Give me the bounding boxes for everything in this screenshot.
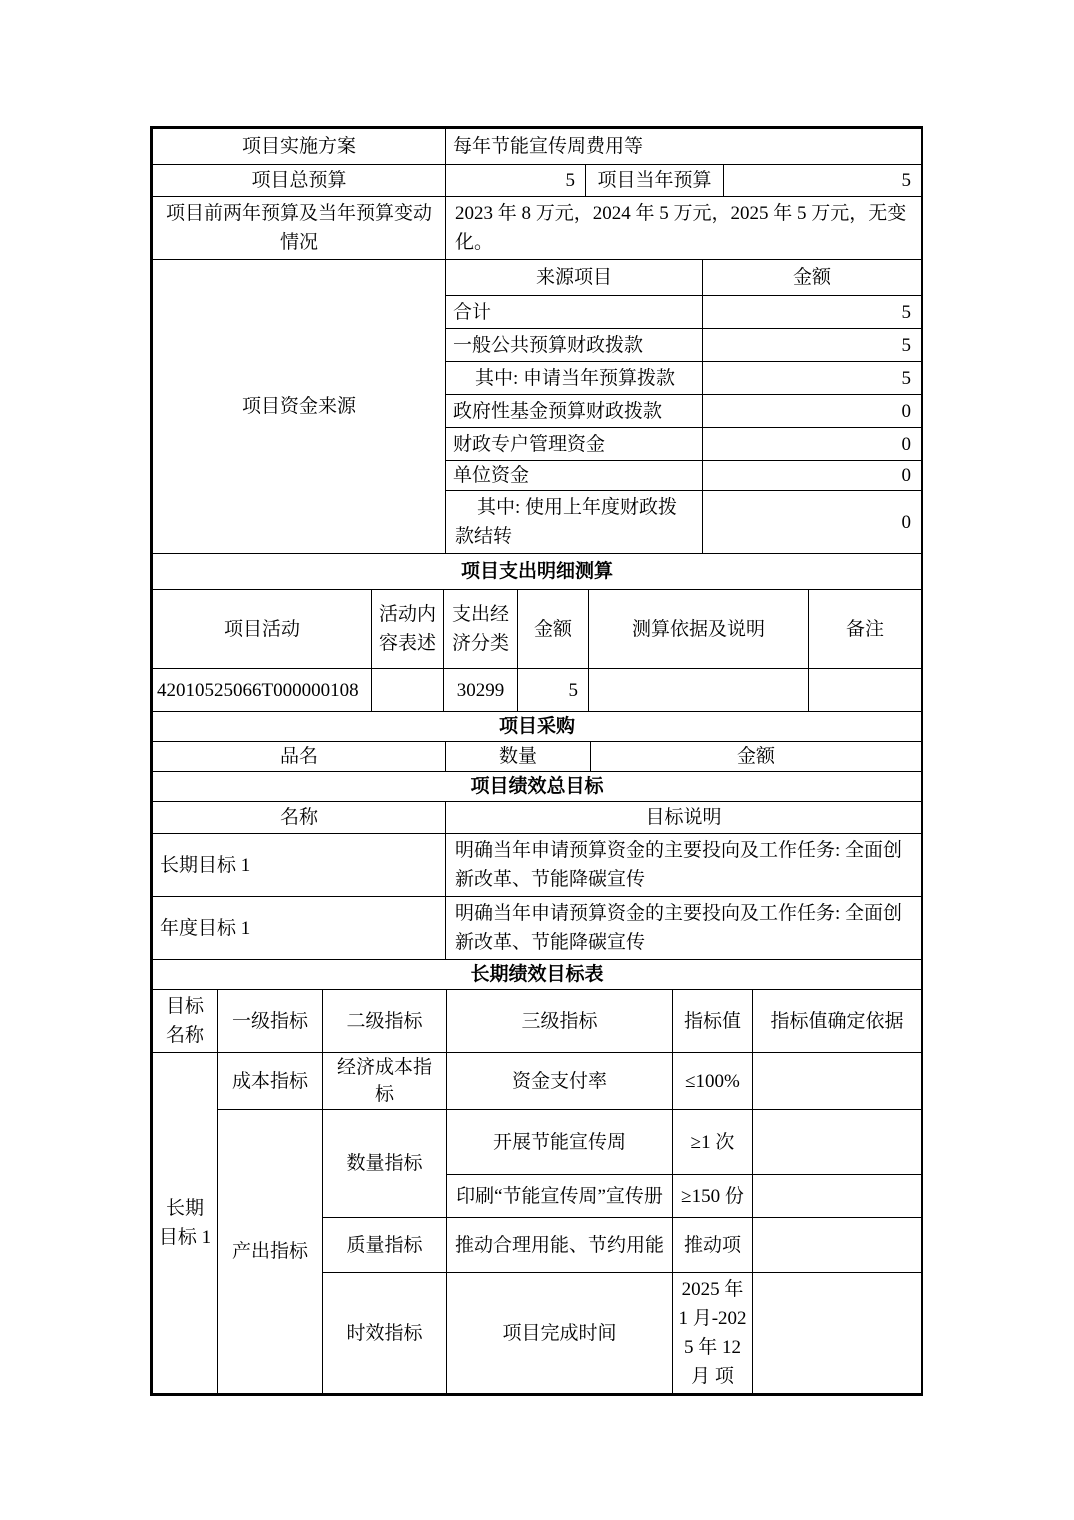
expense-header-basis: 测算依据及说明 — [589, 590, 809, 669]
overview-section: 项目实施方案 每年节能宣传周费用等 项目总预算 5 项目当年预算 5 项目前两年… — [152, 128, 922, 260]
table-row: 年度目标 1 明确当年申请预算资金的主要投向及工作任务: 全面创新改革、节能降碳… — [153, 897, 922, 960]
longterm-header-l3: 三级指标 — [447, 990, 673, 1053]
table-row: 项目资金来源 来源项目 金额 — [153, 260, 922, 296]
funding-row-label: 合计 — [446, 296, 703, 329]
plan-value: 每年节能宣传周费用等 — [446, 129, 922, 165]
performance-header-description: 目标说明 — [446, 802, 922, 834]
expense-note-value — [809, 669, 922, 712]
performance-goal-name: 长期目标 1 — [153, 834, 446, 897]
quality-basis — [753, 1218, 922, 1273]
total-budget-label: 项目总预算 — [153, 165, 446, 197]
cost-l2: 经济成本指标 — [323, 1053, 447, 1110]
funding-section: 项目资金来源 来源项目 金额 合计 5 一般公共预算财政拨款 5 其中: 申请当… — [152, 259, 922, 554]
funding-row-label: 一般公共预算财政拨款 — [446, 329, 703, 362]
procurement-header-item: 品名 — [153, 742, 446, 772]
longterm-goal-name: 长期目标 1 — [153, 1053, 218, 1394]
cost-basis — [753, 1053, 922, 1110]
table-row: 长期绩效目标表 — [153, 960, 922, 990]
funding-row-amount: 5 — [703, 362, 922, 395]
expense-header-activity: 项目活动 — [153, 590, 372, 669]
quantity-item2-value: ≥150 份 — [673, 1175, 753, 1218]
quantity-l2: 数量指标 — [323, 1110, 447, 1218]
funding-row-label: 财政专户管理资金 — [446, 428, 703, 461]
output-l1: 产出指标 — [218, 1110, 323, 1394]
funding-row-amount: 5 — [703, 329, 922, 362]
longterm-header-basis: 指标值确定依据 — [753, 990, 922, 1053]
funding-row-label: 单位资金 — [446, 461, 703, 491]
expense-header-category: 支出经济分类 — [444, 590, 518, 669]
table-row: 长期目标 1 成本指标 经济成本指标 资金支付率 ≤100% — [153, 1053, 922, 1110]
expense-content-value — [372, 669, 444, 712]
cost-l3: 资金支付率 — [447, 1053, 673, 1110]
funding-row-label: 政府性基金预算财政拨款 — [446, 395, 703, 428]
table-row: 项目前两年预算及当年预算变动情况 2023 年 8 万元，2024 年 5 万元… — [153, 197, 922, 260]
expense-section-title: 项目支出明细测算 — [153, 554, 922, 590]
funding-row-amount: 0 — [703, 428, 922, 461]
funding-source-header: 来源项目 — [446, 260, 703, 296]
quality-value: 推动项 — [673, 1218, 753, 1273]
table-row: 项目采购 — [153, 712, 922, 742]
performance-goal-description: 明确当年申请预算资金的主要投向及工作任务: 全面创新改革、节能降碳宣传 — [446, 834, 922, 897]
performance-goal-description: 明确当年申请预算资金的主要投向及工作任务: 全面创新改革、节能降碳宣传 — [446, 897, 922, 960]
performance-section-title: 项目绩效总目标 — [153, 772, 922, 802]
table-row: 项目支出明细测算 — [153, 554, 922, 590]
time-basis — [753, 1273, 922, 1394]
quality-l2: 质量指标 — [323, 1218, 447, 1273]
funding-row-amount: 5 — [703, 296, 922, 329]
table-row: 项目活动 活动内容表述 支出经济分类 金额 测算依据及说明 备注 — [153, 590, 922, 669]
quantity-item1-basis — [753, 1110, 922, 1175]
expense-category-value: 30299 — [444, 669, 518, 712]
table-row: 42010525066T000000108 30299 5 — [153, 669, 922, 712]
procurement-section: 项目采购 品名 数量 金额 — [152, 711, 922, 772]
table-row: 名称 目标说明 — [153, 802, 922, 834]
longterm-header-l2: 二级指标 — [323, 990, 447, 1053]
procurement-section-title: 项目采购 — [153, 712, 922, 742]
table-row: 项目总预算 5 项目当年预算 5 — [153, 165, 922, 197]
expense-amount-value: 5 — [518, 669, 589, 712]
funding-row-label: 其中: 申请当年预算拨款 — [446, 362, 703, 395]
total-budget-value: 5 — [446, 165, 586, 197]
longterm-header-l1: 一级指标 — [218, 990, 323, 1053]
performance-section: 项目绩效总目标 名称 目标说明 长期目标 1 明确当年申请预算资金的主要投向及工… — [152, 771, 922, 960]
table-row: 项目绩效总目标 — [153, 772, 922, 802]
expense-basis-value — [589, 669, 809, 712]
history-label: 项目前两年预算及当年预算变动情况 — [153, 197, 446, 260]
longterm-section: 长期绩效目标表 目标名称 一级指标 二级指标 三级指标 指标值 指标值确定依据 … — [152, 959, 922, 1394]
cost-value: ≤100% — [673, 1053, 753, 1110]
expense-header-note: 备注 — [809, 590, 922, 669]
performance-goal-name: 年度目标 1 — [153, 897, 446, 960]
quantity-item2-basis — [753, 1175, 922, 1218]
project-budget-table: 项目实施方案 每年节能宣传周费用等 项目总预算 5 项目当年预算 5 项目前两年… — [150, 126, 923, 1396]
table-row: 目标名称 一级指标 二级指标 三级指标 指标值 指标值确定依据 — [153, 990, 922, 1053]
time-value: 2025 年 1 月-2025 年 12 月 项 — [673, 1273, 753, 1394]
cost-l1: 成本指标 — [218, 1053, 323, 1110]
longterm-header-value: 指标值 — [673, 990, 753, 1053]
funding-row-amount: 0 — [703, 395, 922, 428]
table-row: 长期目标 1 明确当年申请预算资金的主要投向及工作任务: 全面创新改革、节能降碳… — [153, 834, 922, 897]
quality-l3: 推动合理用能、节约用能 — [447, 1218, 673, 1273]
funding-row-label: 其中: 使用上年度财政拨款结转 — [446, 491, 703, 554]
performance-header-name: 名称 — [153, 802, 446, 834]
year-budget-value: 5 — [724, 165, 922, 197]
table-row: 项目实施方案 每年节能宣传周费用等 — [153, 129, 922, 165]
expense-header-content: 活动内容表述 — [372, 590, 444, 669]
procurement-header-amount: 金额 — [591, 742, 922, 772]
procurement-header-quantity: 数量 — [446, 742, 591, 772]
expense-activity-code: 42010525066T000000108 — [153, 669, 372, 712]
year-budget-label: 项目当年预算 — [586, 165, 724, 197]
table-row: 品名 数量 金额 — [153, 742, 922, 772]
expense-section: 项目支出明细测算 项目活动 活动内容表述 支出经济分类 金额 测算依据及说明 备… — [152, 553, 922, 712]
time-l3: 项目完成时间 — [447, 1273, 673, 1394]
longterm-section-title: 长期绩效目标表 — [153, 960, 922, 990]
longterm-header-goal: 目标名称 — [153, 990, 218, 1053]
time-l2: 时效指标 — [323, 1273, 447, 1394]
quantity-item2-l3: 印刷“节能宣传周”宣传册 — [447, 1175, 673, 1218]
plan-label: 项目实施方案 — [153, 129, 446, 165]
history-value: 2023 年 8 万元，2024 年 5 万元，2025 年 5 万元，无变化。 — [446, 197, 922, 260]
quantity-item1-l3: 开展节能宣传周 — [447, 1110, 673, 1175]
funding-row-amount: 0 — [703, 491, 922, 554]
expense-header-amount: 金额 — [518, 590, 589, 669]
funding-amount-header: 金额 — [703, 260, 922, 296]
funding-row-amount: 0 — [703, 461, 922, 491]
funding-label: 项目资金来源 — [153, 260, 446, 554]
table-row: 产出指标 数量指标 开展节能宣传周 ≥1 次 — [153, 1110, 922, 1175]
quantity-item1-value: ≥1 次 — [673, 1110, 753, 1175]
